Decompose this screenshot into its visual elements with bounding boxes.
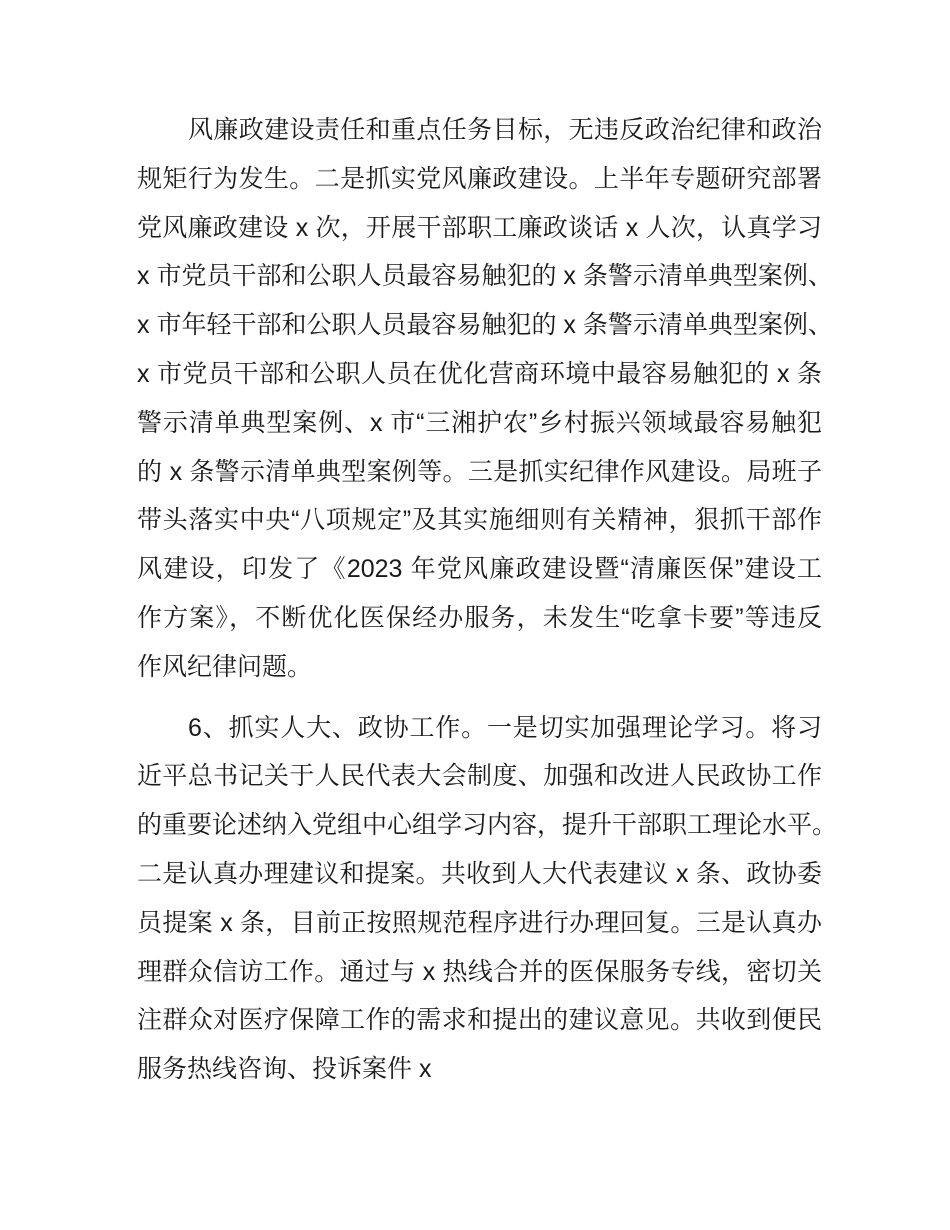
text-line: x 市党员干部和公职人员最容易触犯的 x 条警示清单典型案例、: [137, 252, 822, 301]
text-line: x 市年轻干部和公职人员最容易触犯的 x 条警示清单典型案例、: [137, 301, 822, 350]
text-line: 注群众对医疗保障工作的需求和提出的建议意见。共收到便民: [137, 996, 822, 1045]
document-body: 风廉政建设责任和重点任务目标，无违反政治纪律和政治规矩行为发生。二是抓实党风廉政…: [137, 106, 822, 1094]
text-line: 党风廉政建设 x 次，开展干部职工廉政谈话 x 人次，认真学习: [137, 204, 822, 253]
text-line: 作风纪律问题。: [137, 643, 822, 692]
text-line: 带头落实中央“八项规定”及其实施细则有关精神，狠抓干部作: [137, 496, 822, 545]
text-line: 服务热线咨询、投诉案件 x: [137, 1045, 822, 1094]
text-line: 的 x 条警示清单典型案例等。三是抓实纪律作风建设。局班子: [137, 448, 822, 497]
text-line: 二是认真办理建议和提案。共收到人大代表建议 x 条、政协委: [137, 850, 822, 899]
paragraph: 风廉政建设责任和重点任务目标，无违反政治纪律和政治规矩行为发生。二是抓实党风廉政…: [137, 106, 822, 692]
text-line: x 市党员干部和公职人员在优化营商环境中最容易触犯的 x 条: [137, 350, 822, 399]
text-line: 6、抓实人大、政协工作。一是切实加强理论学习。将习: [137, 704, 822, 753]
text-line: 作方案》，不断优化医保经办服务，未发生“吃拿卡要”等违反: [137, 594, 822, 643]
text-line: 风建设，印发了《2023 年党风廉政建设暨“清廉医保”建设工: [137, 545, 822, 594]
text-line: 规矩行为发生。二是抓实党风廉政建设。上半年专题研究部署: [137, 155, 822, 204]
text-line: 近平总书记关于人民代表大会制度、加强和改进人民政协工作: [137, 752, 822, 801]
text-line: 员提案 x 条，目前正按照规范程序进行办理回复。三是认真办: [137, 899, 822, 948]
paragraph: 6、抓实人大、政协工作。一是切实加强理论学习。将习近平总书记关于人民代表大会制度…: [137, 704, 822, 1094]
text-line: 风廉政建设责任和重点任务目标，无违反政治纪律和政治: [137, 106, 822, 155]
text-line: 的重要论述纳入党组中心组学习内容，提升干部职工理论水平。: [137, 801, 822, 850]
text-line: 理群众信访工作。通过与 x 热线合并的医保服务专线，密切关: [137, 948, 822, 997]
text-line: 警示清单典型案例、x 市“三湘护农”乡村振兴领域最容易触犯: [137, 399, 822, 448]
document-page: 风廉政建设责任和重点任务目标，无违反政治纪律和政治规矩行为发生。二是抓实党风廉政…: [0, 0, 950, 1230]
